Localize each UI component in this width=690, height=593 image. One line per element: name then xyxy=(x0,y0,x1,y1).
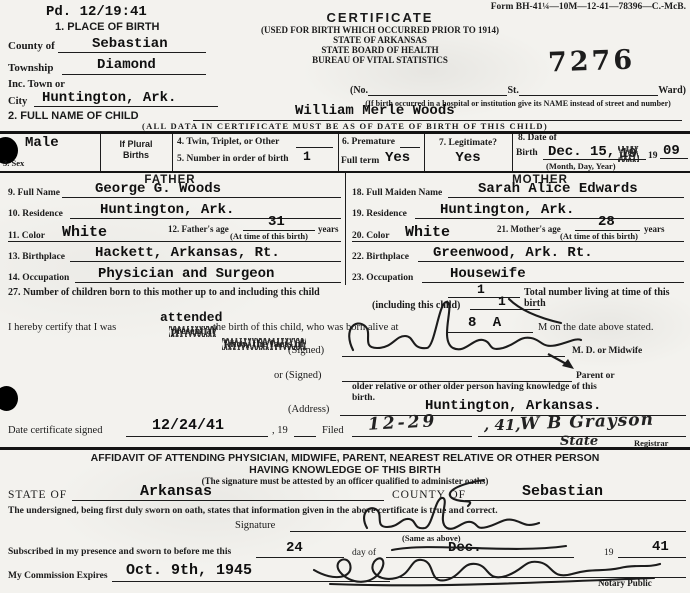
order-label: 5. Number in order of birth xyxy=(177,154,289,164)
parent-label: Parent or xyxy=(576,371,615,381)
no-label: (No. xyxy=(350,85,368,96)
mother-birthplace-label: 22. Birthplace xyxy=(352,252,409,262)
dob-value: Dec. 15, xyxy=(548,144,615,160)
mother-residence-value: Huntington, Ark. xyxy=(440,202,574,218)
affiant-signature xyxy=(355,492,545,534)
certificate-title: CERTIFICATE xyxy=(230,10,530,25)
date-signed-value: 12/24/41 xyxy=(152,417,224,434)
dob-year-prefix: 19 xyxy=(648,151,658,161)
or-signed-label: or (Signed) xyxy=(274,370,322,381)
divider xyxy=(172,134,173,171)
county-value: Sebastian xyxy=(92,36,168,52)
paid-note: Pd. 12/19:41 xyxy=(46,4,147,20)
sex-label: 3. Sex xyxy=(3,158,24,168)
org-line-2: STATE BOARD OF HEALTH xyxy=(230,45,530,55)
father-color-row-line xyxy=(8,230,341,242)
father-residence-value: Huntington, Ark. xyxy=(100,202,234,218)
township-label: Township xyxy=(8,62,53,74)
sex-value: Male xyxy=(25,135,59,151)
md-midwife-label: M. D. or Midwife xyxy=(572,346,642,356)
mother-occupation-value: Housewife xyxy=(450,266,526,282)
dob-label-2: Birth xyxy=(516,148,538,158)
father-residence-label: 10. Residence xyxy=(8,209,63,219)
place-of-birth-label: 1. PLACE OF BIRTH xyxy=(55,21,160,33)
father-age-value: 31 xyxy=(268,214,285,230)
father-name-value: George G. Woods xyxy=(95,181,221,197)
mother-birthplace-value: Greenwood, Ark. Rt. xyxy=(433,245,593,261)
state-value: Arkansas xyxy=(140,483,212,500)
certificate-number-stamp: 7276 xyxy=(547,44,635,78)
filed-label: Filed xyxy=(322,425,344,436)
subscribed-text: Subscribed in my presence and sworn to b… xyxy=(8,547,231,557)
divider xyxy=(512,134,513,171)
certificate-subtitle: (USED FOR BIRTH WHICH OCCURRED PRIOR TO … xyxy=(230,25,530,35)
township-value: Diamond xyxy=(97,57,156,73)
affidavit-title-2: HAVING KNOWLEDGE OF THIS BIRTH xyxy=(0,464,690,476)
mother-age-value: 28 xyxy=(598,214,615,230)
all-data-note: (ALL DATA IN CERTIFICATE MUST BE AS OF D… xyxy=(100,121,590,131)
order-value: 1 xyxy=(303,149,311,164)
affidavit-title-1: AFFIDAVIT OF ATTENDING PHYSICIAN, MIDWIF… xyxy=(0,452,690,464)
city-label: City xyxy=(8,96,27,107)
birth-certificate-scan: Pd. 12/19:41 Form BH-41¼—10M—12-41—78396… xyxy=(0,0,690,593)
mother-residence-label: 19. Residence xyxy=(352,209,407,219)
dob-struck-value: 19 xyxy=(620,146,637,162)
state-of-label: STATE OF xyxy=(8,489,67,501)
full-term-value: Yes xyxy=(385,150,410,166)
commission-date-value: Oct. 9th, 1945 xyxy=(126,562,252,579)
twin-line xyxy=(296,136,333,148)
father-mother-divider xyxy=(345,173,346,285)
premature-line xyxy=(400,136,420,148)
struck-word: present at xyxy=(171,326,215,337)
physician-signature xyxy=(335,296,585,358)
notary-public-label: Notary Public xyxy=(598,578,652,588)
street-line: (No. St. Ward) xyxy=(350,84,686,96)
relative-text-2: birth. xyxy=(352,393,375,403)
county-label: County of xyxy=(8,40,55,52)
ward-label: Ward) xyxy=(658,85,686,96)
no-line xyxy=(368,84,507,96)
mother-color-row-line xyxy=(352,230,684,242)
plural-label-line1: If Plural xyxy=(100,139,172,150)
state-line xyxy=(72,488,384,501)
dob-year-value: 09 xyxy=(663,143,680,159)
children-born-value: 1 xyxy=(477,282,485,297)
father-birthplace-value: Hackett, Arkansas, Rt. xyxy=(95,245,280,261)
rule xyxy=(0,131,690,134)
father-occupation-value: Physician and Surgeon xyxy=(98,266,274,282)
dob-format-note: (Month, Day, Year) xyxy=(546,161,616,171)
signed-label: (Signed) xyxy=(288,345,324,356)
org-line-3: BUREAU OF VITAL STATISTICS xyxy=(230,55,530,65)
father-birthplace-label: 13. Birthplace xyxy=(8,252,65,262)
plural-label-line2: Births xyxy=(100,150,172,161)
st-label: St. xyxy=(507,85,518,96)
year-line xyxy=(294,424,316,437)
mother-name-label: 18. Full Maiden Name xyxy=(352,188,442,198)
signature-label: Signature xyxy=(235,520,275,531)
rule xyxy=(0,447,690,450)
date-signed-label: Date certificate signed xyxy=(8,425,102,436)
header-block: CERTIFICATE (USED FOR BIRTH WHICH OCCURR… xyxy=(230,10,530,65)
certify-text-1: I hereby certify that I was xyxy=(8,322,116,333)
twin-label: 4. Twin, Triplet, or Other xyxy=(177,137,279,147)
legitimate-value: Yes xyxy=(424,150,512,166)
dob-label-1: 8. Date of xyxy=(518,133,557,143)
org-line-1: STATE OF ARKANSAS xyxy=(230,35,530,45)
address-label: (Address) xyxy=(288,404,329,415)
father-name-label: 9. Full Name xyxy=(8,188,60,198)
hole-punch-bottom xyxy=(0,386,18,411)
st-line xyxy=(519,84,658,96)
children-born-label: 27. Number of children born to this moth… xyxy=(8,287,320,298)
relative-text-1: older relative or other older person hav… xyxy=(352,382,597,392)
day-value: 24 xyxy=(286,540,303,556)
plural-births-label: If Plural Births xyxy=(100,139,172,161)
child-name-value: William Merle Woods xyxy=(295,103,455,119)
full-term-label: Full term xyxy=(341,156,379,166)
filed-date-handwritten: 12-29 xyxy=(368,411,438,435)
mother-name-value: Sarah Alice Edwards xyxy=(478,181,638,197)
year-prefix: , 19 xyxy=(272,425,288,436)
inc-town-label: Inc. Town or xyxy=(8,79,65,90)
city-value: Huntington, Ark. xyxy=(42,90,176,106)
commission-label: My Commission Expires xyxy=(8,571,108,581)
divider xyxy=(338,134,339,171)
father-occupation-label: 14. Occupation xyxy=(8,273,69,283)
or-signed-line xyxy=(342,369,572,382)
legitimate-label: 7. Legitimate? xyxy=(424,138,512,148)
premature-label: 6. Premature xyxy=(342,137,395,147)
mother-occupation-label: 23. Occupation xyxy=(352,273,413,283)
